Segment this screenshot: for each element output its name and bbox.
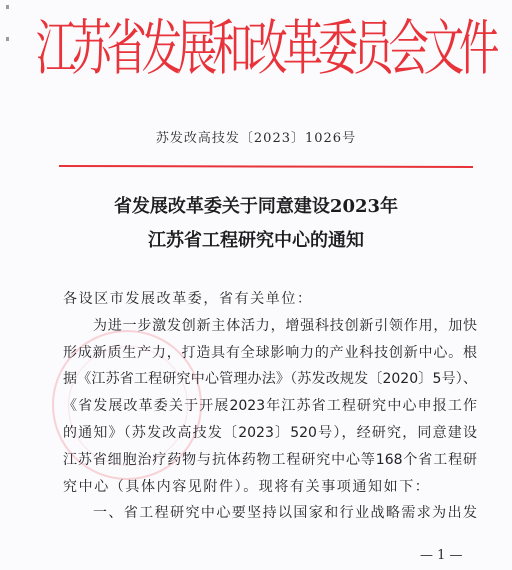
body-line: 据《江苏省工程研究中心管理办法》（苏发改规发〔2020〕5号）、 bbox=[63, 366, 477, 393]
notice-title-line-1: 省发展改革委关于同意建设2023年 bbox=[0, 190, 512, 224]
body-line: 江苏省细胞治疗药物与抗体药物工程研究中心等168个省工程研 bbox=[63, 447, 477, 474]
body-line: 究中心（具体内容见附件）。现将有关事项通知如下： bbox=[63, 474, 477, 501]
addressee-line: 各设区市发展改革委，省有关单位： bbox=[63, 286, 477, 313]
page-number: — 1 — bbox=[420, 548, 463, 564]
body-line: 形成新质生产力，打造具有全球影响力的产业科技创新中心。根 bbox=[63, 340, 477, 367]
notice-title: 省发展改革委关于同意建设2023年 江苏省工程研究中心的通知 bbox=[0, 190, 512, 258]
body-line: 的通知》（苏发改高技发〔2023〕520号），经研究，同意建设 bbox=[63, 420, 477, 447]
notice-title-line-2: 江苏省工程研究中心的通知 bbox=[0, 224, 512, 258]
body-line: 《省发展改革委关于开展2023年江苏省工程研究中心申报工作 bbox=[63, 393, 477, 420]
notice-body: 各设区市发展改革委，省有关单位： 为进一步激发创新主体活力，增强科技创新引领作用… bbox=[63, 286, 477, 527]
document-number: 苏发改高技发〔2023〕1026号 bbox=[0, 130, 512, 148]
body-line: 为进一步激发创新主体活力，增强科技创新引领作用，加快 bbox=[63, 313, 477, 340]
margin-mark-bottom bbox=[6, 37, 9, 41]
margin-mark-top bbox=[6, 5, 9, 9]
red-separator-rule bbox=[59, 165, 473, 168]
body-line-section-one: 一、省工程研究中心要坚持以国家和行业战略需求为出发 bbox=[63, 500, 477, 527]
document-masthead: 江苏省发展和改革委员会文件 bbox=[36, 1, 476, 98]
